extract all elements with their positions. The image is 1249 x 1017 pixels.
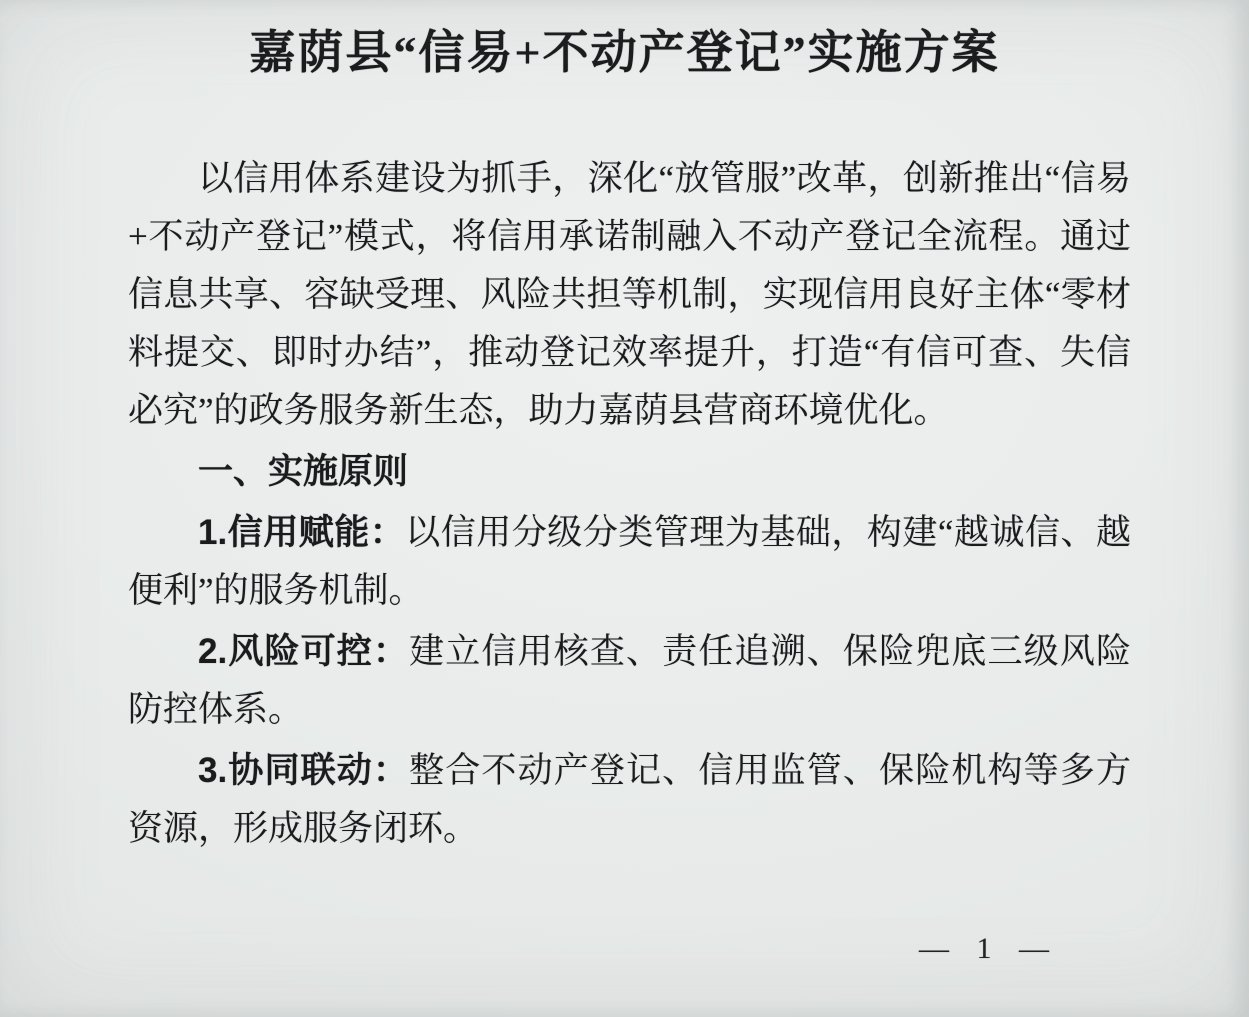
principle-item-1: 1.信用赋能：以信用分级分类管理为基础，构建“越诚信、越便利”的服务机制。 xyxy=(128,504,1131,620)
principle-item-2: 2.风险可控：建立信用核查、责任追溯、保险兜底三级风险防控体系。 xyxy=(128,623,1131,739)
scanned-document-page: 嘉荫县“信易+不动产登记”实施方案 以信用体系建设为抓手，深化“放管服”改革，创… xyxy=(0,0,1249,1017)
intro-paragraph: 以信用体系建设为抓手，深化“放管服”改革，创新推出“信易+不动产登记”模式，将信… xyxy=(128,150,1131,440)
principle-item-2-label: 2.风险可控： xyxy=(198,632,409,671)
page-number: — 1 — xyxy=(919,932,1059,966)
principle-item-1-label: 1.信用赋能： xyxy=(198,513,405,552)
document-title: 嘉荫县“信易+不动产登记”实施方案 xyxy=(0,0,1249,82)
section-heading: 一、实施原则 xyxy=(128,443,1131,501)
principle-item-3: 3.协同联动：整合不动产登记、信用监管、保险机构等多方资源，形成服务闭环。 xyxy=(128,742,1131,858)
principle-item-3-label: 3.协同联动： xyxy=(198,751,409,790)
document-body: 以信用体系建设为抓手，深化“放管服”改革，创新推出“信易+不动产登记”模式，将信… xyxy=(0,150,1249,858)
